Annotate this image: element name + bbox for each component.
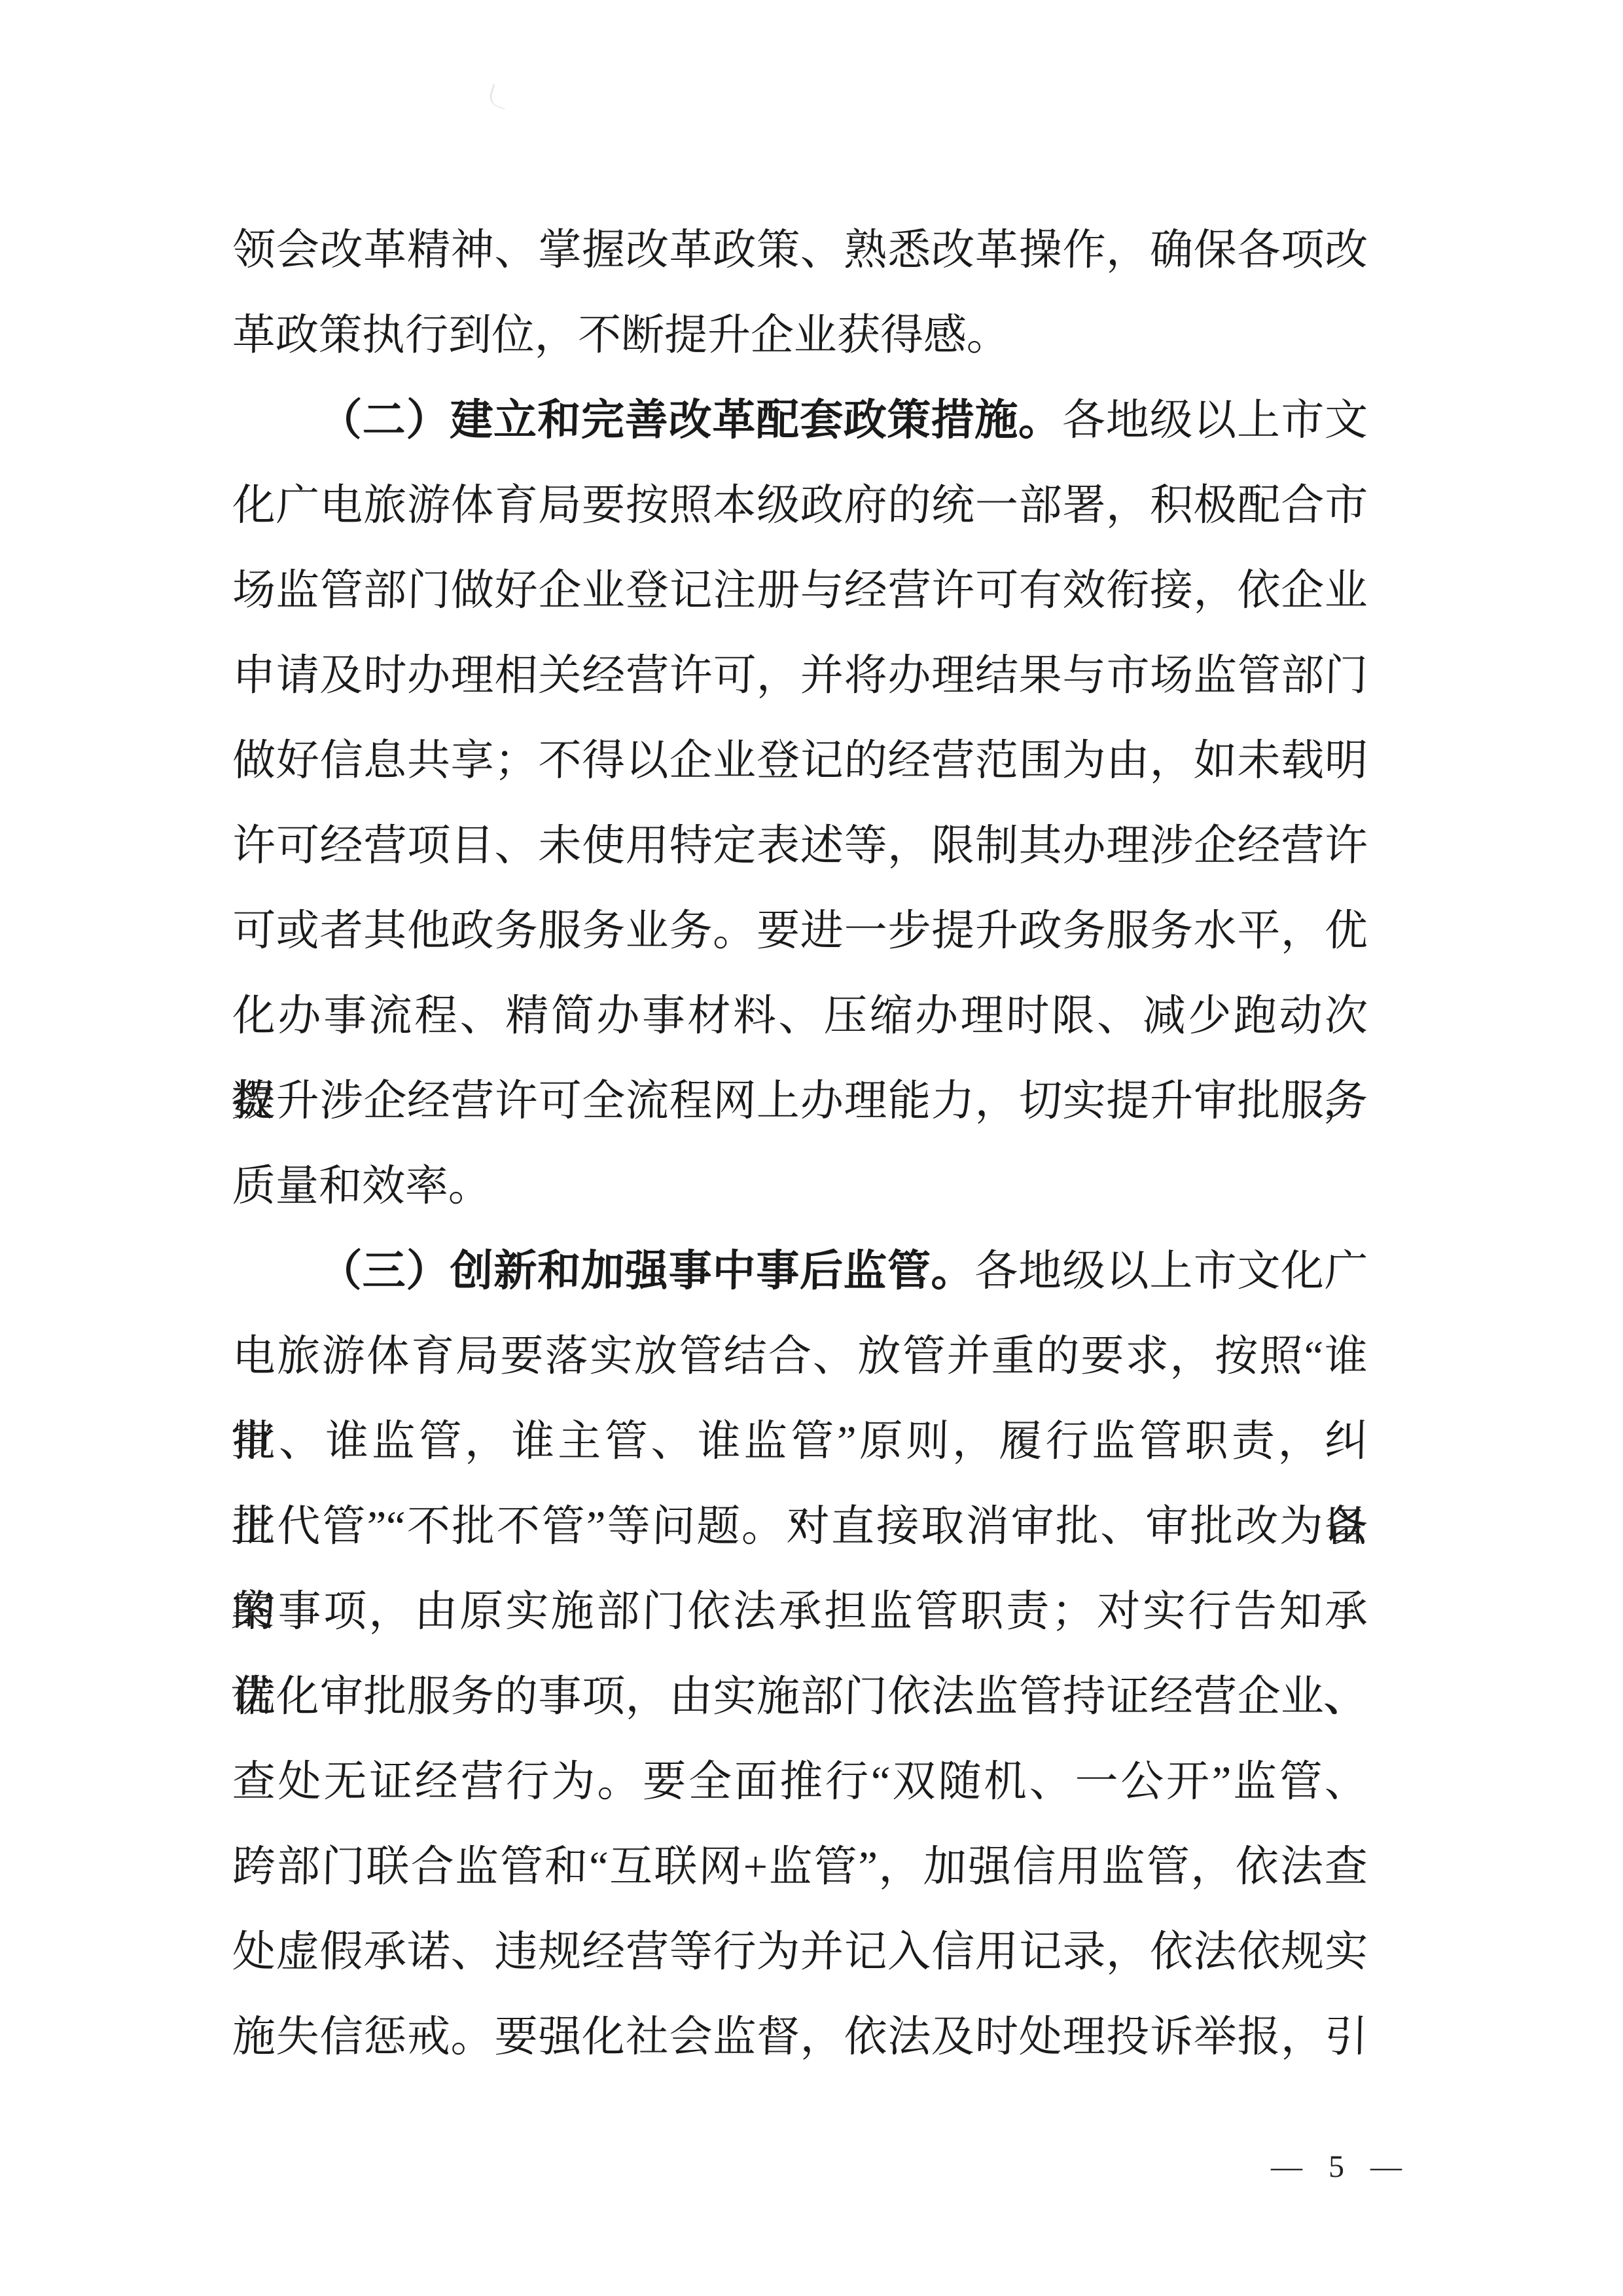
document-line: 的事项，由原实施部门依法承担监管职责；对实行告知承诺、 bbox=[232, 1570, 1368, 1655]
line-text: 优化审批服务的事项，由实施部门依法监管持证经营企业、 bbox=[232, 1673, 1368, 1721]
line-text: 查处无证经营行为。要全面推行“双随机、一公开”监管、 bbox=[232, 1758, 1368, 1806]
section-heading-text: （二）建立和完善改革配套政策措施。 bbox=[318, 397, 1062, 444]
document-line: 可或者其他政务服务业务。要进一步提升政务服务水平，优 bbox=[232, 889, 1368, 974]
document-line: 化广电旅游体育局要按照本级政府的统一部署，积极配合市 bbox=[232, 463, 1368, 548]
line-text: 领会改革精神、掌握改革政策、熟悉改革操作，确保各项改 bbox=[232, 226, 1368, 274]
section-heading-text: （三）创新和加强事中事后监管。 bbox=[318, 1247, 975, 1295]
line-text: 化广电旅游体育局要按照本级政府的统一部署，积极配合市 bbox=[232, 482, 1368, 529]
document-line: 场监管部门做好企业登记注册与经营许可有效衔接，依企业 bbox=[232, 548, 1368, 634]
document-line: 跨部门联合监管和“互联网+监管”，加强信用监管，依法查 bbox=[232, 1825, 1368, 1910]
document-line: 查处无证经营行为。要全面推行“双随机、一公开”监管、 bbox=[232, 1740, 1368, 1825]
document-line: 做好信息共享；不得以企业登记的经营范围为由，如未载明 bbox=[232, 719, 1368, 804]
line-text: 施失信惩戒。要强化社会监督，依法及时处理投诉举报，引 bbox=[232, 2013, 1368, 2061]
line-text: 质量和效率。 bbox=[232, 1162, 491, 1210]
line-text: 各地级以上市文化广 bbox=[974, 1247, 1368, 1295]
line-text: 做好信息共享；不得以企业登记的经营范围为由，如未载明 bbox=[232, 737, 1368, 785]
line-text: 处虚假承诺、违规经营等行为并记入信用记录，依法依规实 bbox=[232, 1928, 1368, 1976]
document-line: 提升涉企经营许可全流程网上办理能力，切实提升审批服务 bbox=[232, 1059, 1368, 1144]
line-text: 可或者其他政务服务业务。要进一步提升政务服务水平，优 bbox=[232, 907, 1368, 955]
document-line: 批、谁监管，谁主管、谁监管”原则，履行监管职责，纠正“以 bbox=[232, 1399, 1368, 1484]
document-line-section-heading-2: （二）建立和完善改革配套政策措施。各地级以上市文 bbox=[232, 378, 1368, 463]
line-text: 许可经营项目、未使用特定表述等，限制其办理涉企经营许 bbox=[232, 822, 1368, 870]
document-line: 化办事流程、精简办事材料、压缩办理时限、减少跑动次数， bbox=[232, 974, 1368, 1059]
document-line-section-heading-3: （三）创新和加强事中事后监管。各地级以上市文化广 bbox=[232, 1229, 1368, 1314]
line-text: 革政策执行到位，不断提升企业获得感。 bbox=[232, 312, 1010, 359]
document-line: 革政策执行到位，不断提升企业获得感。 bbox=[232, 293, 1368, 378]
line-text: 跨部门联合监管和“互联网+监管”，加强信用监管，依法查 bbox=[232, 1843, 1368, 1891]
page-number: — 5 — bbox=[1271, 2149, 1411, 2185]
line-text: 场监管部门做好企业登记注册与经营许可有效衔接，依企业 bbox=[232, 567, 1368, 615]
document-line: 电旅游体育局要落实放管结合、放管并重的要求，按照“谁审 bbox=[232, 1314, 1368, 1399]
scan-artifact bbox=[487, 84, 511, 109]
document-line: 优化审批服务的事项，由实施部门依法监管持证经营企业、 bbox=[232, 1655, 1368, 1740]
line-text: 申请及时办理相关经营许可，并将办理结果与市场监管部门 bbox=[232, 652, 1368, 700]
document-line: 申请及时办理相关经营许可，并将办理结果与市场监管部门 bbox=[232, 634, 1368, 719]
line-text: 提升涉企经营许可全流程网上办理能力，切实提升审批服务 bbox=[232, 1077, 1368, 1125]
line-text: 各地级以上市文 bbox=[1061, 397, 1368, 444]
document-page: 领会改革精神、掌握改革政策、熟悉改革操作，确保各项改 革政策执行到位，不断提升企… bbox=[0, 0, 1623, 2296]
document-line: 领会改革精神、掌握改革政策、熟悉改革操作，确保各项改 bbox=[232, 208, 1368, 293]
document-text-block: 领会改革精神、掌握改革政策、熟悉改革操作，确保各项改 革政策执行到位，不断提升企… bbox=[232, 208, 1368, 2080]
document-line: 批代管”“不批不管”等问题。对直接取消审批、审批改为备案 bbox=[232, 1484, 1368, 1570]
document-line: 处虚假承诺、违规经营等行为并记入信用记录，依法依规实 bbox=[232, 1910, 1368, 1995]
document-line: 质量和效率。 bbox=[232, 1144, 1368, 1229]
document-line: 许可经营项目、未使用特定表述等，限制其办理涉企经营许 bbox=[232, 804, 1368, 889]
document-line: 施失信惩戒。要强化社会监督，依法及时处理投诉举报，引 bbox=[232, 1995, 1368, 2080]
